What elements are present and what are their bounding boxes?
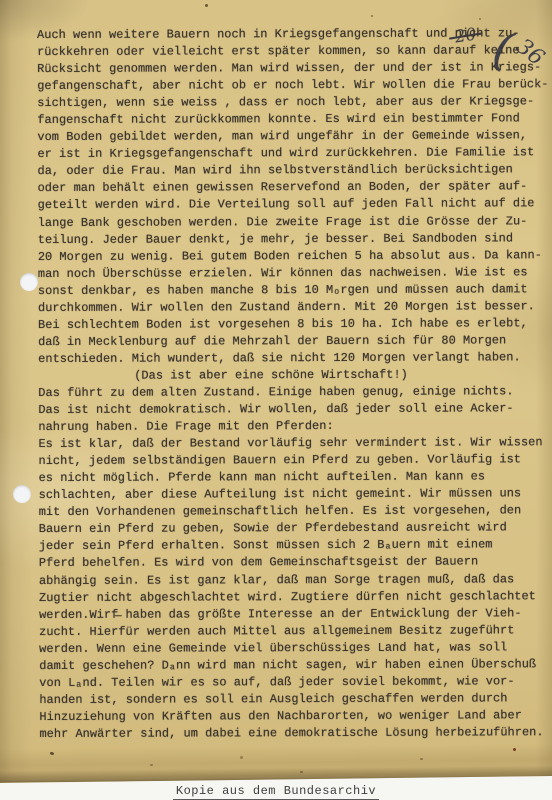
text-line: zucht. Hierfür werden auch Mittel aus al… [39,622,545,641]
paper-sheet: -20- ( 36 Auch wenn weitere Bauern noch … [0,0,552,786]
text-line: sichtigen, wenn sie weiss , dass er noch… [37,93,543,112]
punch-hole [20,273,38,291]
text-line: Das ist nicht demokratisch. Wir wollen, … [38,400,544,419]
text-line-parenthetical: (Das ist aber eine schöne Wirtschaft!) [38,366,544,385]
text-line: gefangenschaft, aber nicht ob er noch le… [37,76,543,95]
paper-speck [240,756,243,759]
text-line: Zugtier nicht abgeschlachtet wird. Zugti… [39,588,545,607]
text-line: handen ist, sondern es soll ein Ausgleic… [39,690,545,709]
paper-speck [205,4,208,7]
text-line: sonst denkbar, es haben manche 8 bis 10 … [38,281,544,300]
text-line: Es ist klar, daß der Bestand vorläufig s… [38,434,544,453]
text-line: jeder sein Pferd erhalten. Sonst müssen … [39,537,545,556]
text-line: 20 Morgen zu wenig. Bei gutem Boden reic… [38,247,544,266]
caption-area: Kopie aus dem Bundesarchiv [0,781,552,800]
text-line: nahrung haben. Die Frage mit den Pferden… [38,417,544,436]
text-line: daß in Mecklenburg auf die Mehrzahl der … [38,332,544,351]
scanned-document-viewer: -20- ( 36 Auch wenn weitere Bauern noch … [0,0,552,800]
paper-speck [420,758,423,760]
text-line: abhängig sein. Es ist ganz klar, daß man… [39,571,545,590]
text-line: man noch Überschüsse erzielen. Wir könne… [38,264,544,283]
punch-hole [13,485,31,503]
text-line: Hinzuziehung von Kräften aus den Nachbar… [39,707,545,726]
text-line: entschieden. Mich wundert, daß sie nicht… [38,349,544,368]
text-line: werden. Wenn eine Gemeinde viel überschü… [39,639,545,658]
archive-caption: Kopie aus dem Bundesarchiv [173,784,379,800]
paper-speck [513,748,516,751]
text-line: lange Bank geschoben werden. Die zweite … [38,213,544,232]
text-line: Pferd behelfen. Es wird von dem Gemeinsc… [39,554,545,573]
text-line: Bei schlechtem Boden ist vorgesehen 8 bi… [38,315,544,334]
text-line: schlachten, aber diese Aufteilung ist ni… [39,485,545,504]
paper-speck [479,18,481,20]
text-line: Auch wenn weitere Bauern noch in Kriegsg… [37,25,543,44]
text-line: Das führt zu dem alten Zustand. Einige h… [38,383,544,402]
text-line: damit geschehen? Dₐnn wird man nicht sag… [39,656,545,675]
paper-speck [371,15,373,17]
text-line: teilung. Jeder Bauer denkt, je mehr, je … [38,230,544,249]
text-line: geteilt werden wird. Die Verteilung soll… [38,196,544,215]
text-line: durchkommen. Wir wollen den Zustand ände… [38,298,544,317]
text-line: oder man behält einen gewissen Reservefo… [38,179,544,198]
text-line: vom Boden gebildet werden, man wird unge… [37,128,543,147]
text-line: da, oder die Frau. Man wird ihn selbstve… [37,162,543,181]
paper-speck [150,764,153,766]
text-line: mehr Anwärter sind, um dabei eine demokr… [39,724,545,743]
typewritten-text: Auch wenn weitere Bauern noch in Kriegsg… [37,25,545,743]
text-line: Bauern ein Pferd zu geben, Sowie der Pfe… [39,520,545,539]
paper-speck [50,752,54,755]
text-line: es nicht möglich. Pferde kann man nicht … [39,468,545,487]
text-line: werden.Wirf̶ haben das größte Interesse … [39,605,545,624]
text-line: Rücksicht genommen werden. Man wird wiss… [37,59,543,78]
text-line: von Lₐnd. Teilen wir es so auf, daß jede… [39,673,545,692]
text-line: er ist in Kriegsgefangenschaft und wird … [37,145,543,164]
text-line: nicht, jedem selbständigen Bauern ein Pf… [38,451,544,470]
paper-speck [300,771,303,773]
text-line: fangenschaft nicht zurückkommen konnte. … [37,110,543,129]
text-line: rückkehren oder vielleicht erst später k… [37,42,543,61]
text-line: mit den Vorhandenen gemeinschaftlich hel… [39,503,545,522]
